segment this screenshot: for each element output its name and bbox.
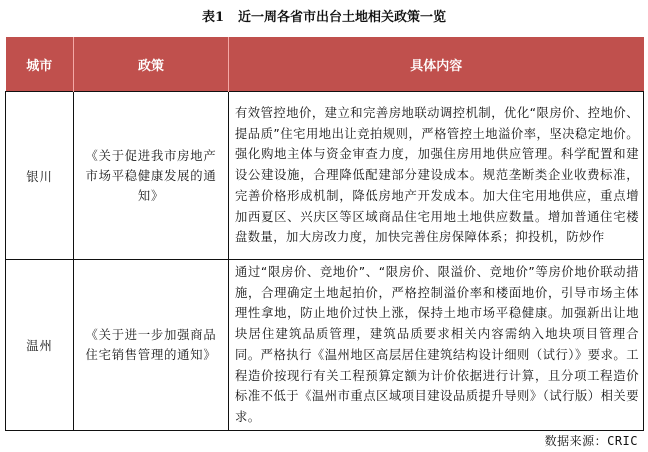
policy-cell: 《关于进一步加强商品住宅销售管理的通知》 [74,260,229,431]
policy-table: 城市 政策 具体内容 银川 《关于促进我市房地产市场平稳健康发展的通知》 有效管… [5,37,644,431]
data-source-note: 数据来源：CRIC [545,432,638,449]
policy-cell: 《关于促进我市房地产市场平稳健康发展的通知》 [74,92,229,260]
table-header-row: 城市 政策 具体内容 [6,37,644,92]
table-title-text: 近一周各省市出台土地相关政策一览 [238,10,446,25]
table-number: 表1 [202,10,224,25]
data-source-value: CRIC [607,434,638,448]
data-source-label: 数据来源： [545,434,608,448]
table-title: 表1近一周各省市出台土地相关政策一览 [0,6,648,25]
city-cell: 温州 [6,260,74,431]
content-cell: 通过“限房价、竞地价”、“限房价、限溢价、竞地价”等房价地价联动措施，合理确定土… [229,260,644,431]
table-row: 银川 《关于促进我市房地产市场平稳健康发展的通知》 有效管控地价，建立和完善房地… [6,92,644,260]
column-header-city: 城市 [6,37,74,92]
column-header-content: 具体内容 [229,37,644,92]
table-row: 温州 《关于进一步加强商品住宅销售管理的通知》 通过“限房价、竞地价”、“限房价… [6,260,644,431]
column-header-policy: 政策 [74,37,229,92]
content-cell: 有效管控地价，建立和完善房地联动调控机制，优化“限房价、控地价、提品质”住宅用地… [229,92,644,260]
city-cell: 银川 [6,92,74,260]
